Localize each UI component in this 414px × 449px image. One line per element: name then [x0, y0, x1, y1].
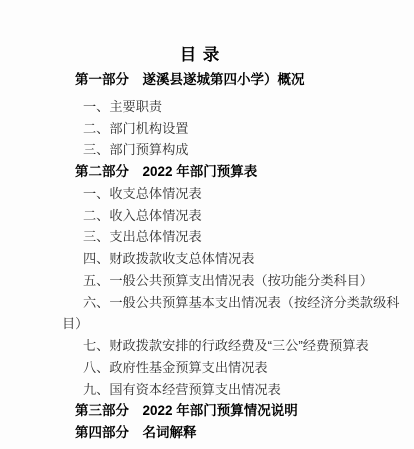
toc-part-heading-2: 第二部分 2022 年部门预算表: [75, 161, 412, 183]
toc-part-heading-3: 第三部分 2022 年部门预算情况说明: [75, 400, 412, 422]
toc-item: 六、一般公共预算基本支出情况表（按经济分类款级科: [83, 292, 412, 314]
toc-item: 七、财政拨款安排的行政经费及“三公”经费预算表: [83, 335, 412, 357]
toc-item: 五、一般公共预算支出情况表（按功能分类科目）: [83, 270, 412, 292]
toc-part-heading-1: 第一部分 遂溪县遂城第四小学）概况: [75, 69, 412, 91]
toc-item: 三、部门预算构成: [83, 139, 412, 161]
toc-item: 一、收支总体情况表: [83, 183, 412, 205]
toc-item: 一、主要职责: [83, 96, 412, 118]
toc-item: 二、收入总体情况表: [83, 205, 412, 227]
page-title: 目 录: [0, 42, 400, 68]
toc-part-heading-4: 第四部分 名词解释: [75, 422, 412, 444]
toc-item: 九、国有资本经营预算支出情况表: [83, 379, 412, 401]
toc-item: 二、部门机构设置: [83, 118, 412, 140]
toc-item: 八、政府性基金预算支出情况表: [83, 357, 412, 379]
toc-item: 四、财政拨款收支总体情况表: [83, 248, 412, 270]
table-of-contents: 第一部分 遂溪县遂城第四小学）概况 一、主要职责 二、部门机构设置 三、部门预算…: [62, 69, 412, 444]
toc-item: 三、支出总体情况表: [83, 226, 412, 248]
toc-item-continuation: 目）: [62, 313, 412, 335]
document-page: 目 录 第一部分 遂溪县遂城第四小学）概况 一、主要职责 二、部门机构设置 三、…: [0, 0, 414, 449]
